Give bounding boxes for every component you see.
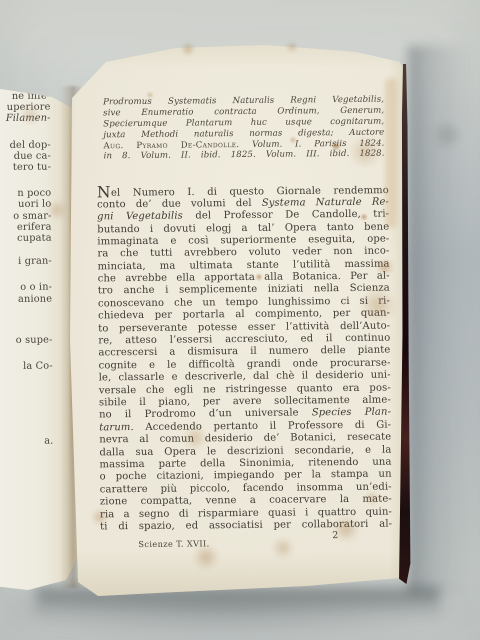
text-segment: tarum — [99, 422, 130, 433]
text-segment: butando i dovuti elogj a tal’ Opera tant… — [97, 221, 389, 235]
fragment-line: o supe- — [0, 334, 53, 346]
foxing-stain — [333, 516, 359, 542]
text-segment: sibile il piano, per avere sollecitament… — [99, 395, 391, 409]
fragment-line: uori lo — [0, 199, 51, 211]
fragment-line: ne infe- — [0, 91, 50, 103]
text-segment: Aug. Pyramo De-Candolle. — [103, 140, 239, 151]
fragment-line: o smar- — [0, 210, 52, 222]
right-page: Prodromus Systematis Naturalis Regni Veg… — [56, 40, 414, 596]
text-segment: Systema Naturale Re- — [262, 196, 389, 208]
text-segment: no il Prodromo d’un universale — [99, 408, 312, 421]
foxing-stain — [331, 141, 341, 151]
text-segment: ra che tutti avrebbero voluto veder non … — [97, 246, 389, 260]
citation-header: Prodromus Systematis Naturalis Regni Veg… — [96, 95, 389, 163]
foxing-stain — [360, 213, 368, 221]
foxing-stain — [193, 544, 219, 570]
edge-stain-streak — [385, 78, 397, 228]
foxing-stain — [146, 91, 154, 99]
foxing-stain — [183, 426, 207, 450]
text-segment: tro anche i semplicemente iniziati nella… — [98, 283, 390, 297]
background-smudge — [432, 118, 462, 152]
foxing-stain — [255, 273, 263, 281]
fragment-line: la Co- — [0, 361, 53, 373]
text-line: in 8. Volum. II. ibid. 1825. Volum. III.… — [104, 149, 385, 163]
foxing-stain — [91, 508, 109, 526]
fragment-line: o o in- — [0, 282, 52, 294]
text-segment: versale che egli ne ristringesse quanto … — [99, 382, 391, 396]
foxing-stain — [365, 491, 379, 505]
fragment-line: erifera — [0, 221, 52, 233]
fragment-line: tero tu- — [0, 162, 51, 174]
text-segment: che avrebbe ella apportata alla Botanica… — [98, 271, 390, 285]
text-segment: cognite e le difficoltà grandi onde proc… — [99, 357, 391, 371]
fragment-line: del dop- — [0, 139, 51, 151]
text-segment: zione compatta, venne a coacervare la ma… — [100, 494, 392, 508]
fragment-group: la Co- — [0, 361, 53, 373]
text-segment: conto de’ due volumi del — [97, 198, 262, 211]
foxing-stain — [47, 200, 67, 220]
foxing-stain — [360, 287, 396, 323]
text-segment: conoscevano che un tempo lunghissimo ci … — [98, 295, 390, 309]
text-segment: dalla sua Opera le descrizioni secondari… — [99, 444, 391, 458]
text-segment: o poche citazioni, impiegando per la sta… — [100, 469, 392, 483]
fragment-line: n poco — [0, 188, 51, 200]
text-segment: in 8. Volum. II. ibid. 1825. Volum. III.… — [104, 149, 385, 162]
fragment-group: n pocouori loo smar-eriferacupata — [0, 188, 52, 245]
text-segment: . Accedendo pertanto il Professore di Gi… — [130, 419, 391, 433]
text-segment: minciata, ma ultimata stante l’utilità m… — [98, 258, 390, 272]
fragment-group: del dop-due ca-tero tu- — [0, 139, 51, 173]
page-text-block: Prodromus Systematis Naturalis Regni Veg… — [96, 95, 392, 554]
foxing-stain — [349, 136, 381, 168]
text-segment: gni Vegetabilis — [97, 211, 183, 223]
text-segment: le, classarle e descriverle, dal chè il … — [99, 370, 391, 384]
fragment-group: o o in-anione — [0, 282, 52, 305]
fragment-group: a. — [0, 436, 53, 448]
foxing-stain — [376, 258, 394, 276]
text-segment: chiedeva per portarla al compimento, per… — [98, 308, 390, 322]
text-segment: carattere più piccolo, facendo insomma u… — [100, 481, 392, 495]
fragment-line: cupata — [0, 233, 52, 245]
fragment-line: anione — [0, 293, 52, 305]
foxing-stain — [286, 41, 298, 53]
text-segment: del Professor De Candolle, tri- — [183, 209, 389, 222]
fragment-line: a. — [0, 436, 53, 448]
foxing-stain — [289, 136, 297, 144]
foxing-stain — [181, 42, 195, 56]
left-page-text-fragments: ne infe-uperioreFilamen-del dop-due ca-t… — [0, 91, 54, 463]
text-segment: massima parte della Sinonimia, ritenendo… — [99, 457, 391, 471]
book-cast-shadow-soft — [10, 596, 475, 640]
text-segment: accrescersi a dismisura il numero delle … — [98, 345, 390, 359]
fragment-line: i gran- — [0, 256, 52, 268]
foxing-stain — [272, 537, 294, 559]
text-segment: to perseverante potesse esser l’attività… — [98, 320, 390, 334]
fragment-group: o supe- — [0, 334, 53, 346]
body-paragraph: Nel Numero I. di questo Giornale rendemm… — [97, 184, 392, 534]
text-segment: nevra al comun desiderio de’ Botanici, r… — [99, 432, 391, 446]
fragment-line: due ca- — [0, 150, 51, 162]
photo-of-open-book: ne infe-uperioreFilamen-del dop-due ca-t… — [0, 0, 480, 640]
text-segment: immaginata e così superiormente eseguita… — [97, 233, 389, 247]
text-segment: Species Plan- — [312, 407, 391, 419]
foxing-stain — [20, 105, 40, 125]
text-segment: re, atteso l’essersi accresciuto, ed il … — [98, 333, 390, 347]
fragment-group: i gran- — [0, 256, 52, 268]
